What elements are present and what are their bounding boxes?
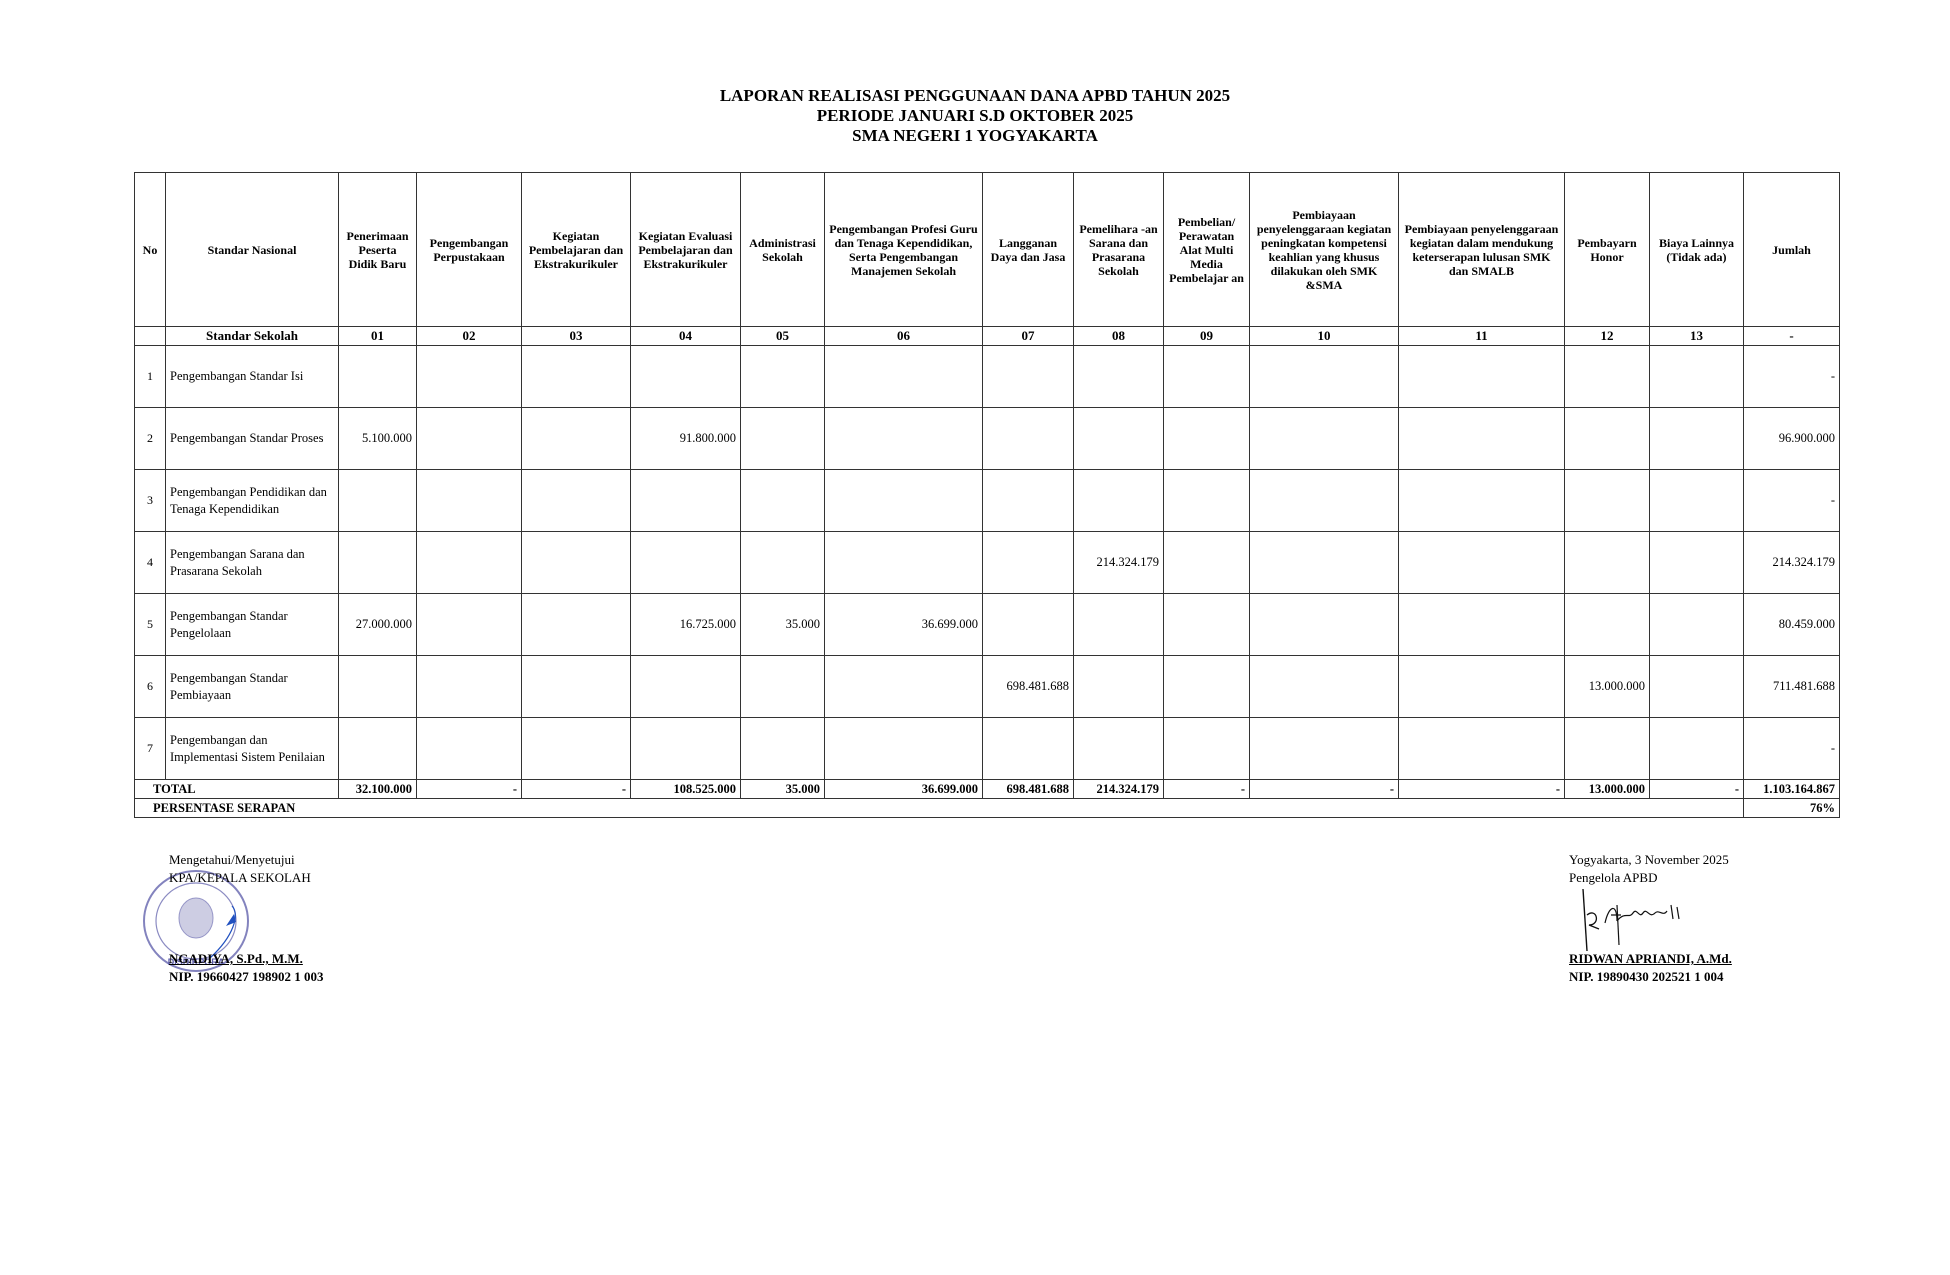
table-cell [741, 408, 825, 470]
table-cell [1074, 470, 1164, 532]
code: 07 [983, 327, 1074, 346]
table-cell [417, 346, 522, 408]
title-line-1: LAPORAN REALISASI PENGGUNAAN DANA APBD T… [0, 86, 1950, 106]
row-standard-name: Pengembangan Pendidikan dan Tenaga Kepen… [166, 470, 339, 532]
code: 06 [825, 327, 983, 346]
total-row: TOTAL 32.100.000 - - 108.525.000 35.000 … [135, 780, 1840, 799]
approval-signature-block: Mengetahui/Menyetujui KPA/KEPALA SEKOLAH… [169, 851, 323, 986]
header-col-01: Penerimaan Peserta Didik Baru [339, 173, 417, 327]
table-cell [741, 532, 825, 594]
table-cell [825, 408, 983, 470]
code: 05 [741, 327, 825, 346]
table-cell [522, 470, 631, 532]
table-cell [983, 470, 1074, 532]
table-row: 2Pengembangan Standar Proses5.100.00091.… [135, 408, 1840, 470]
table-cell [1164, 594, 1250, 656]
table-cell [1565, 594, 1650, 656]
code: 13 [1650, 327, 1744, 346]
table-cell [631, 470, 741, 532]
table-cell [1250, 656, 1399, 718]
header-col-11: Pembiayaan penyelenggaraan kegiatan dala… [1399, 173, 1565, 327]
total-cell: 108.525.000 [631, 780, 741, 799]
table-cell [1399, 346, 1565, 408]
table-cell [1650, 346, 1744, 408]
header-col-10: Pembiayaan penyelenggaraan kegiatan peni… [1250, 173, 1399, 327]
table-cell [522, 594, 631, 656]
title-line-2: PERIODE JANUARI S.D OKTOBER 2025 [0, 106, 1950, 126]
table-cell [1250, 470, 1399, 532]
title-line-3: SMA NEGERI 1 YOGYAKARTA [0, 126, 1950, 146]
table-cell [522, 408, 631, 470]
table-cell [417, 408, 522, 470]
total-cell: - [1250, 780, 1399, 799]
principal-name: NGADIYA, S.Pd., M.M. [169, 950, 323, 968]
table-cell [339, 718, 417, 780]
table-cell [1074, 718, 1164, 780]
row-number: 5 [135, 594, 166, 656]
table-cell [983, 346, 1074, 408]
principal-nip: NIP. 19660427 198902 1 003 [169, 968, 323, 986]
header-jumlah: Jumlah [1744, 173, 1840, 327]
total-cell: 698.481.688 [983, 780, 1074, 799]
table-cell [983, 408, 1074, 470]
code: 02 [417, 327, 522, 346]
total-cell: - [1650, 780, 1744, 799]
table-cell [1250, 532, 1399, 594]
table-cell: 36.699.000 [825, 594, 983, 656]
table-cell: 91.800.000 [631, 408, 741, 470]
table-cell [1399, 470, 1565, 532]
table-cell [1164, 408, 1250, 470]
table-cell [522, 346, 631, 408]
table-cell: 13.000.000 [1565, 656, 1650, 718]
table-cell [825, 656, 983, 718]
table-cell [1250, 718, 1399, 780]
header-row: No Standar Nasional Penerimaan Peserta D… [135, 173, 1840, 327]
percentage-row: PERSENTASE SERAPAN 76% [135, 799, 1840, 818]
treasurer-signature-block: Yogyakarta, 3 November 2025 Pengelola AP… [1569, 851, 1732, 986]
row-jumlah: 214.324.179 [1744, 532, 1840, 594]
header-col-02: Pengembangan Perpustakaan [417, 173, 522, 327]
row-jumlah: - [1744, 470, 1840, 532]
table-cell [1074, 594, 1164, 656]
code: 01 [339, 327, 417, 346]
code: - [1744, 327, 1840, 346]
table-cell [1565, 718, 1650, 780]
table-cell [1650, 656, 1744, 718]
table-cell [741, 718, 825, 780]
table-cell [1250, 594, 1399, 656]
table-cell [1250, 408, 1399, 470]
code-row: Standar Sekolah 01 02 03 04 05 06 07 08 … [135, 327, 1840, 346]
table-cell [825, 470, 983, 532]
table-cell: 214.324.179 [1074, 532, 1164, 594]
approval-role: KPA/KEPALA SEKOLAH [169, 869, 323, 887]
table-row: 3Pengembangan Pendidikan dan Tenaga Kepe… [135, 470, 1840, 532]
row-number: 2 [135, 408, 166, 470]
table-cell [417, 594, 522, 656]
table-cell [1250, 346, 1399, 408]
row-standard-name: Pengembangan Standar Pembiayaan [166, 656, 339, 718]
table-cell [1650, 718, 1744, 780]
code-no [135, 327, 166, 346]
table-cell [631, 656, 741, 718]
code: 09 [1164, 327, 1250, 346]
total-cell: - [1399, 780, 1565, 799]
code: 08 [1074, 327, 1164, 346]
treasurer-name: RIDWAN APRIANDI, A.Md. [1569, 950, 1732, 968]
table-cell [983, 594, 1074, 656]
table-cell [1565, 470, 1650, 532]
table-cell [339, 532, 417, 594]
table-cell [631, 346, 741, 408]
table-cell [631, 718, 741, 780]
table-row: 6Pengembangan Standar Pembiayaan698.481.… [135, 656, 1840, 718]
table-cell [631, 532, 741, 594]
row-jumlah: - [1744, 718, 1840, 780]
row-standard-name: Pengembangan Standar Isi [166, 346, 339, 408]
header-col-08: Pemelihara -an Sarana dan Prasarana Seko… [1074, 173, 1164, 327]
table-cell [339, 470, 417, 532]
table-cell [417, 656, 522, 718]
table-cell [1074, 408, 1164, 470]
table-cell [825, 532, 983, 594]
approval-caption: Mengetahui/Menyetujui [169, 851, 323, 869]
row-jumlah: 96.900.000 [1744, 408, 1840, 470]
table-cell [983, 532, 1074, 594]
table-cell [1650, 532, 1744, 594]
header-standar: Standar Nasional [166, 173, 339, 327]
table-cell [417, 718, 522, 780]
report-title: LAPORAN REALISASI PENGGUNAAN DANA APBD T… [0, 86, 1950, 146]
table-row: 7Pengembangan dan Implementasi Sistem Pe… [135, 718, 1840, 780]
table-cell [339, 656, 417, 718]
table-cell: 698.481.688 [983, 656, 1074, 718]
header-col-04: Kegiatan Evaluasi Pembelajaran dan Ekstr… [631, 173, 741, 327]
table-cell [1565, 532, 1650, 594]
row-jumlah: - [1744, 346, 1840, 408]
header-no: No [135, 173, 166, 327]
total-cell: 13.000.000 [1565, 780, 1650, 799]
total-label: TOTAL [135, 780, 339, 799]
row-standard-name: Pengembangan Sarana dan Prasarana Sekola… [166, 532, 339, 594]
total-cell: - [417, 780, 522, 799]
row-number: 1 [135, 346, 166, 408]
table-cell [741, 346, 825, 408]
row-number: 6 [135, 656, 166, 718]
table-cell [522, 718, 631, 780]
table-cell [741, 656, 825, 718]
code: 11 [1399, 327, 1565, 346]
table-cell [417, 470, 522, 532]
total-cell: 35.000 [741, 780, 825, 799]
header-col-13: Biaya Lainnya (Tidak ada) [1650, 173, 1744, 327]
header-col-06: Pengembangan Profesi Guru dan Tenaga Kep… [825, 173, 983, 327]
table-cell [983, 718, 1074, 780]
table-cell [1399, 718, 1565, 780]
total-cell: 36.699.000 [825, 780, 983, 799]
code: 04 [631, 327, 741, 346]
table-cell [417, 532, 522, 594]
table-cell [1650, 408, 1744, 470]
table-cell: 16.725.000 [631, 594, 741, 656]
table-cell [825, 718, 983, 780]
table-cell [1164, 470, 1250, 532]
row-number: 3 [135, 470, 166, 532]
row-number: 7 [135, 718, 166, 780]
header-col-12: Pembayarn Honor [1565, 173, 1650, 327]
total-cell: 32.100.000 [339, 780, 417, 799]
row-number: 4 [135, 532, 166, 594]
table-cell: 35.000 [741, 594, 825, 656]
signing-place-date: Yogyakarta, 3 November 2025 [1569, 851, 1732, 869]
row-standard-name: Pengembangan dan Implementasi Sistem Pen… [166, 718, 339, 780]
code-label: Standar Sekolah [166, 327, 339, 346]
total-cell: 214.324.179 [1074, 780, 1164, 799]
table-cell [1164, 346, 1250, 408]
row-standard-name: Pengembangan Standar Pengelolaan [166, 594, 339, 656]
table-cell [522, 656, 631, 718]
row-standard-name: Pengembangan Standar Proses [166, 408, 339, 470]
table-cell: 5.100.000 [339, 408, 417, 470]
code: 03 [522, 327, 631, 346]
total-jumlah: 1.103.164.867 [1744, 780, 1840, 799]
table-cell [741, 470, 825, 532]
table-cell [1565, 408, 1650, 470]
code: 12 [1565, 327, 1650, 346]
header-col-09: Pembelian/ Perawatan Alat Multi Media Pe… [1164, 173, 1250, 327]
row-jumlah: 80.459.000 [1744, 594, 1840, 656]
percentage-value: 76% [1744, 799, 1840, 818]
realization-table: No Standar Nasional Penerimaan Peserta D… [134, 172, 1840, 818]
table-cell [1650, 470, 1744, 532]
table-row: 4Pengembangan Sarana dan Prasarana Sekol… [135, 532, 1840, 594]
code: 10 [1250, 327, 1399, 346]
row-jumlah: 711.481.688 [1744, 656, 1840, 718]
table-row: 1Pengembangan Standar Isi- [135, 346, 1840, 408]
table-cell [1399, 408, 1565, 470]
treasurer-nip: NIP. 19890430 202521 1 004 [1569, 968, 1732, 986]
table-cell [1164, 532, 1250, 594]
total-cell: - [1164, 780, 1250, 799]
percentage-label: PERSENTASE SERAPAN [135, 799, 1744, 818]
table-cell [1399, 594, 1565, 656]
table-cell [1164, 718, 1250, 780]
header-col-07: Langganan Daya dan Jasa [983, 173, 1074, 327]
table-cell [1565, 346, 1650, 408]
table-cell [1399, 532, 1565, 594]
total-cell: - [522, 780, 631, 799]
table-cell [522, 532, 631, 594]
treasurer-role: Pengelola APBD [1569, 869, 1732, 887]
table-cell: 27.000.000 [339, 594, 417, 656]
table-cell [825, 346, 983, 408]
table-cell [1399, 656, 1565, 718]
table-row: 5Pengembangan Standar Pengelolaan27.000.… [135, 594, 1840, 656]
table-cell [1074, 656, 1164, 718]
table-cell [339, 346, 417, 408]
header-col-03: Kegiatan Pembelajaran dan Ekstrakurikule… [522, 173, 631, 327]
table-cell [1164, 656, 1250, 718]
header-col-05: Administrasi Sekolah [741, 173, 825, 327]
table-cell [1074, 346, 1164, 408]
table-cell [1650, 594, 1744, 656]
